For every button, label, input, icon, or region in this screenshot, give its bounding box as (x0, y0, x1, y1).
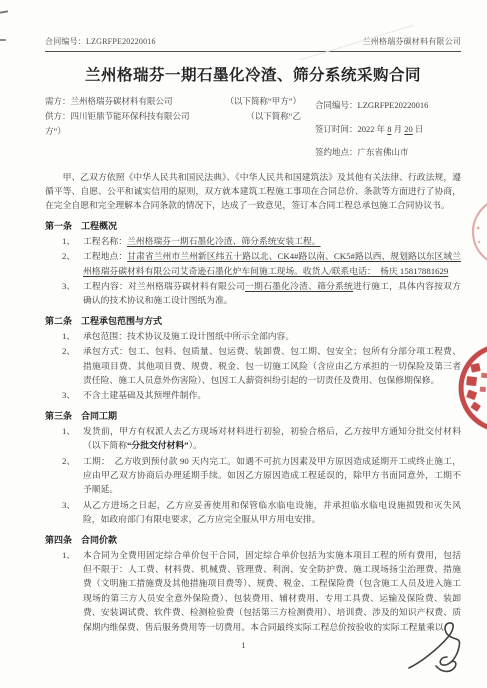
document-header: 合同编号：LZGRFPE20220016 兰州格瑞芬碳材料有限公司 (45, 36, 461, 52)
header-contract-number: 合同编号：LZGRFPE20220016 (45, 36, 156, 47)
section-1-heading: 第一条 工程概况 (45, 219, 461, 232)
item-text-underlined: 兰州格瑞芬一期石墨化冷渣、筛分系统安装工程。 (127, 236, 321, 246)
buyer-name: 需方：兰州格瑞芬碳材料有限公司 (45, 94, 173, 109)
item-text: 工期： 乙方收到预付款 90 天内完工。如遇不可抗力因素及甲方原因造成延期开工或… (83, 456, 461, 495)
section-1-item-3: 3、工程内容：对兰州格瑞芬碳材料有限公司一期石墨化冷渣、筛分系统进行施工，具体内… (45, 279, 461, 308)
section-1-item-2: 2、工程地点：甘肃省兰州市兰州新区纬五十路以北、CK4#路以南、CK5#路以西、… (45, 249, 461, 278)
section-3-heading: 第三条 合同工期 (45, 409, 461, 422)
contract-number-line: 合同编号：LZGRFPE20220016 (315, 94, 461, 118)
section-2-item-2: 2、承包方式：包工、包料、包质量、包运费、装卸费、包工期、包安全；包所有分部分项… (45, 344, 461, 387)
sign-date-mid: 月 (392, 124, 405, 134)
buyer-row: 需方：兰州格瑞芬碳材料有限公司 （以下简称“甲方”） (45, 94, 301, 109)
item-text-bold: “分批交付材料” (127, 440, 189, 450)
item-number: 3、 (62, 498, 75, 512)
item-number: 1、 (62, 329, 75, 343)
item-text: ）。 (189, 440, 202, 450)
scan-artifact-dash (0, 39, 6, 41)
supplier-alias-wrap: 方”） (45, 124, 301, 139)
item-text: 工程内容：对兰州格瑞芬碳材料有限公司 (83, 281, 245, 291)
item-text-underlined: 一期石墨化冷渣、筛分系统 (245, 281, 353, 291)
section-3-item-1: 1、发货前，甲方有权派人去乙方现场对材料进行初验，初验合格后，乙方按甲方通知分批… (45, 424, 461, 453)
item-number: 1、 (62, 234, 75, 248)
buyer-alias: （以下简称“甲方”） (225, 94, 301, 109)
item-text: 不含土建基础及其预埋件制作。 (83, 390, 206, 400)
item-text: 承包方式：包工、包料、包质量、包运费、装卸费、包工期、包安全；包所有分部分项工程… (83, 346, 461, 385)
section-4-heading: 第四条 合同价款 (45, 533, 461, 546)
item-number: 3、 (62, 279, 75, 293)
item-text: 承包范围：技术协议及施工设计图纸中所示全部内容。 (83, 331, 294, 341)
contract-preamble: 甲、乙双方依照《中华人民共和国民法典》、《中华人民共和国建筑法》及其他有关法律、… (45, 170, 461, 213)
supplier-row: 供方：四川钜鼎节能环保科技有限公司 （以下简称“乙 (45, 109, 301, 124)
supplier-name: 供方：四川钜鼎节能环保科技有限公司 (45, 109, 190, 124)
item-number: 2、 (62, 344, 75, 358)
item-number: 3、 (62, 388, 75, 402)
sign-date-suffix: 日 (413, 124, 424, 134)
sign-date-prefix: 签订时间：2022 年 (315, 124, 387, 134)
item-number: 2、 (62, 454, 75, 468)
item-text: 从乙方进场之日起，乙方应妥善使用和保管临水临电设施，并承担临水临电设施损毁和灭失… (83, 500, 461, 524)
contract-document-page: 合同编号：LZGRFPE20220016 兰州格瑞芬碳材料有限公司 兰州格瑞芬一… (0, 0, 487, 688)
section-1-item-1: 1、工程名称：兰州格瑞芬一期石墨化冷渣、筛分系统安装工程。 (45, 234, 461, 248)
section-4-item-1: 1、本合同为全费用固定综合单价包干合同，固定综合单价包括为实施本项目工程的所有费… (45, 548, 461, 634)
parties-block: 需方：兰州格瑞芬碳材料有限公司 （以下简称“甲方”） 供方：四川钜鼎节能环保科技… (45, 94, 461, 165)
section-2-item-1: 1、承包范围：技术协议及施工设计图纸中所示全部内容。 (45, 329, 461, 343)
header-company-name: 兰州格瑞芬碳材料有限公司 (363, 36, 461, 47)
supplier-alias: （以下简称“乙 (246, 109, 301, 124)
item-text: 工程名称： (83, 236, 127, 246)
parties-right-column: 合同编号：LZGRFPE20220016 签订时间：2022 年 8 月 20 … (301, 94, 461, 165)
item-number: 1、 (62, 548, 75, 562)
sign-date-line: 签订时间：2022 年 8 月 20 日 (315, 118, 461, 142)
section-2-item-3: 3、不含土建基础及其预埋件制作。 (45, 388, 461, 402)
sign-date-day: 20 (404, 124, 413, 134)
parties-left-column: 需方：兰州格瑞芬碳材料有限公司 （以下简称“甲方”） 供方：四川钜鼎节能环保科技… (45, 94, 301, 165)
section-2-heading: 第二条 工程承包范围与方式 (45, 314, 461, 327)
section-3-item-2: 2、工期： 乙方收到预付款 90 天内完工。如遇不可抗力因素及甲方原因造成延期开… (45, 454, 461, 497)
contract-title: 兰州格瑞芬一期石墨化冷渣、筛分系统采购合同 (45, 63, 461, 85)
item-number: 1、 (62, 424, 75, 438)
item-text: 工程地点： (83, 251, 127, 261)
sign-place-line: 签约地点：广东省佛山市 (315, 141, 461, 165)
handwritten-signature (403, 616, 475, 680)
item-number: 2、 (62, 249, 75, 263)
item-text-underlined: 甘肃省兰州市兰州新区纬五十路以北、CK4#路以南、CK5#路以西、规划路以东区域… (83, 251, 461, 275)
document-content: 合同编号：LZGRFPE20220016 兰州格瑞芬碳材料有限公司 兰州格瑞芬一… (0, 0, 487, 634)
section-3-item-3: 3、从乙方进场之日起，乙方应妥善使用和保管临水临电设施，并承担临水临电设施损毁和… (45, 498, 461, 527)
